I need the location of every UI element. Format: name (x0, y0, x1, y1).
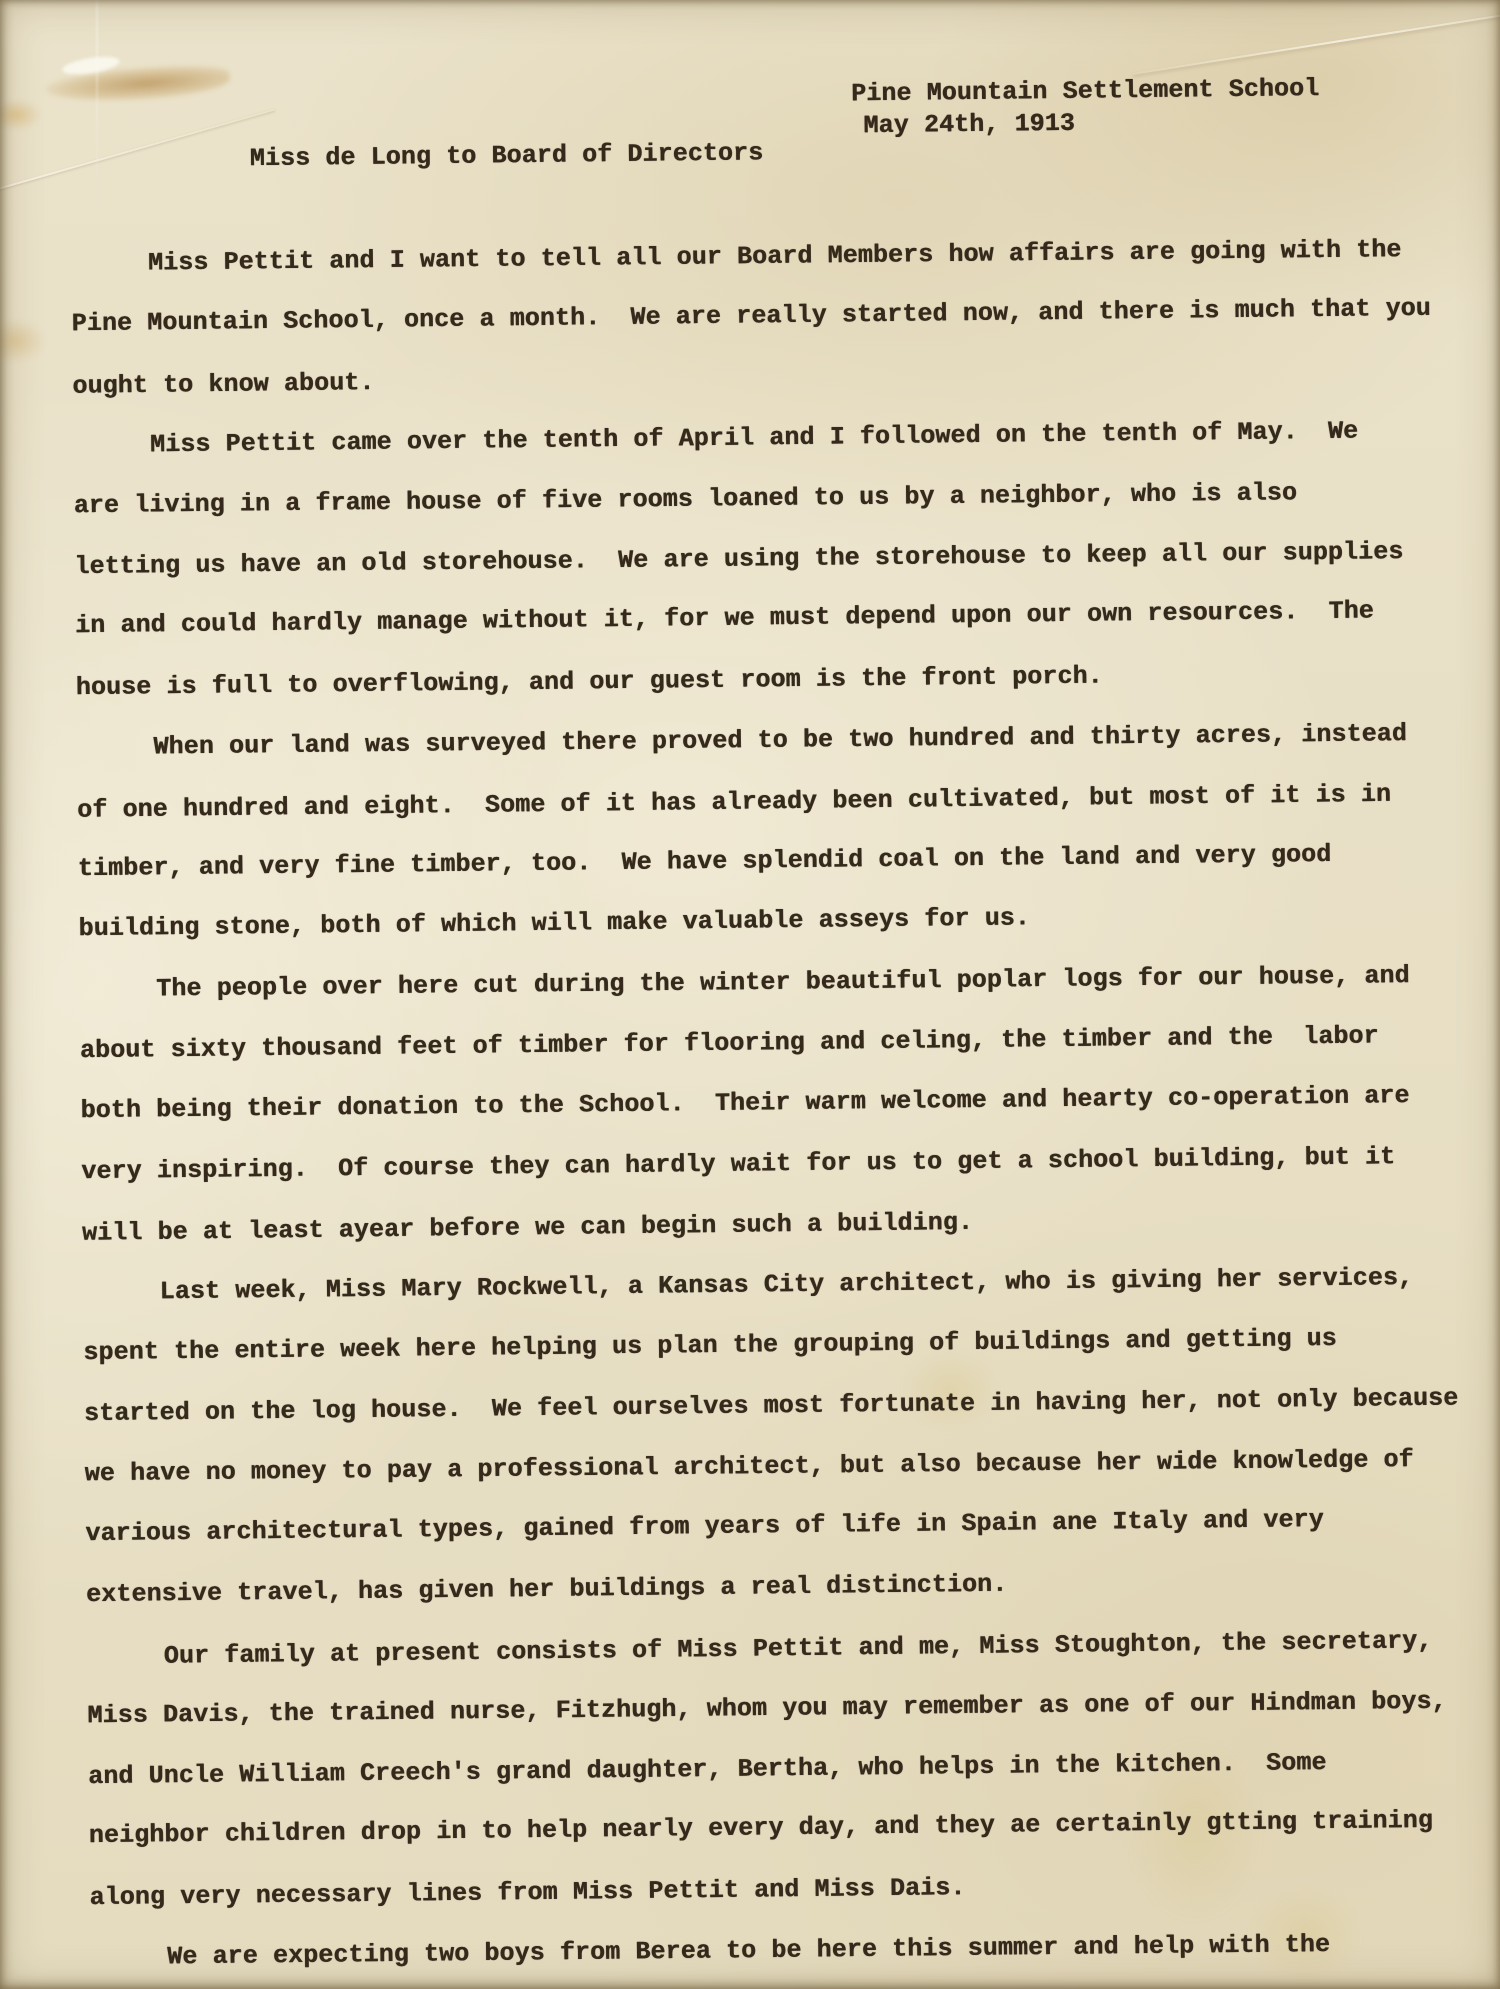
letter-page: Pine Mountain Settlement School May 24th… (0, 0, 1500, 1989)
letter-header: Pine Mountain Settlement School May 24th… (851, 73, 1320, 142)
letter-body: Miss Pettit and I want to tell all our B… (71, 218, 1491, 1988)
date-line: May 24th, 1913 (863, 105, 1320, 142)
letter-content: Pine Mountain Settlement School May 24th… (0, 0, 1500, 1989)
org-line: Pine Mountain Settlement School (851, 73, 1320, 110)
subject-line: Miss de Long to Board of Directors (250, 137, 764, 175)
